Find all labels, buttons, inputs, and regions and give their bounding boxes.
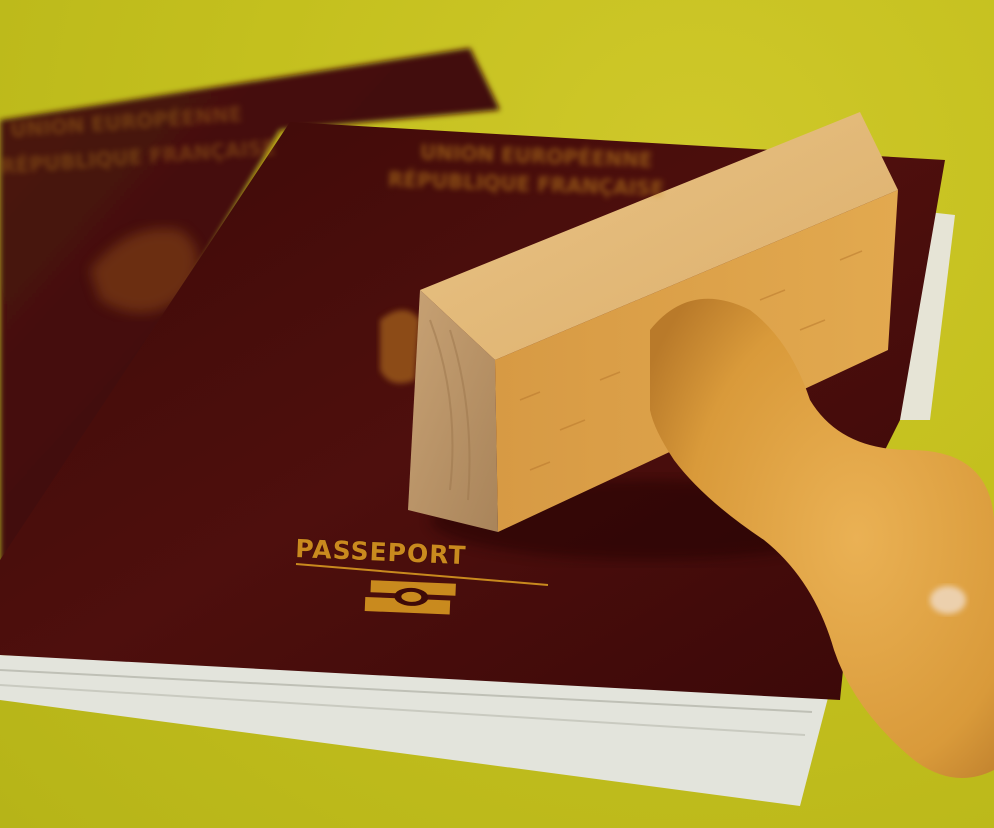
- photo-scene: UNION EUROPÉENNE RÉPUBLIQUE FRANÇAISE UN…: [0, 0, 994, 828]
